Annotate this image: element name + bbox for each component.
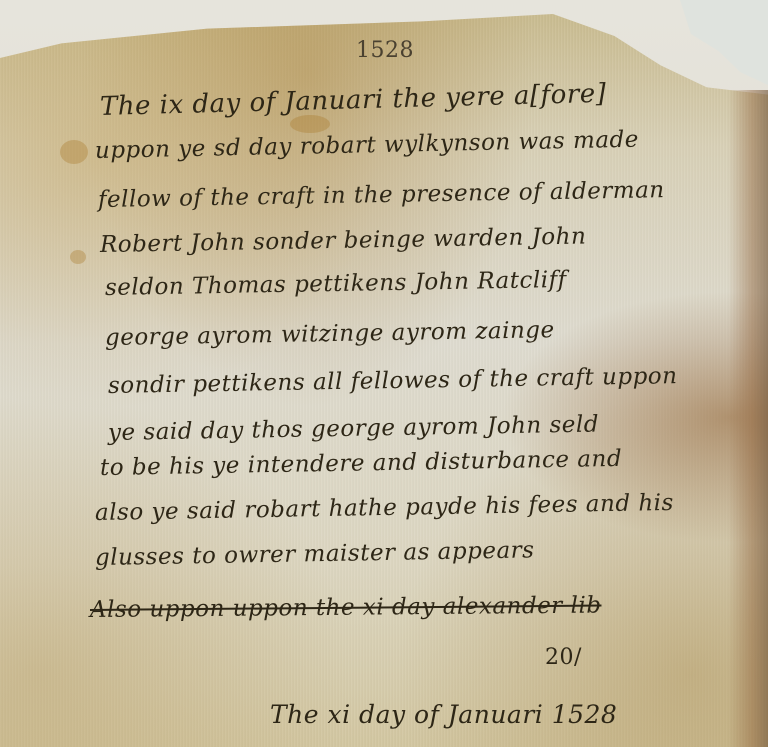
ink-stain xyxy=(70,250,86,264)
year-heading: 1528 xyxy=(356,38,414,63)
ink-stain xyxy=(60,140,88,164)
ink-stain xyxy=(290,115,330,133)
page-edge-shadow xyxy=(728,90,768,747)
footer-date-line: The xi day of Januari 1528 xyxy=(270,700,617,729)
struck-through-line: Also uppon uppon the xi day alexander li… xyxy=(90,593,602,623)
marginal-number: 20/ xyxy=(545,645,582,670)
